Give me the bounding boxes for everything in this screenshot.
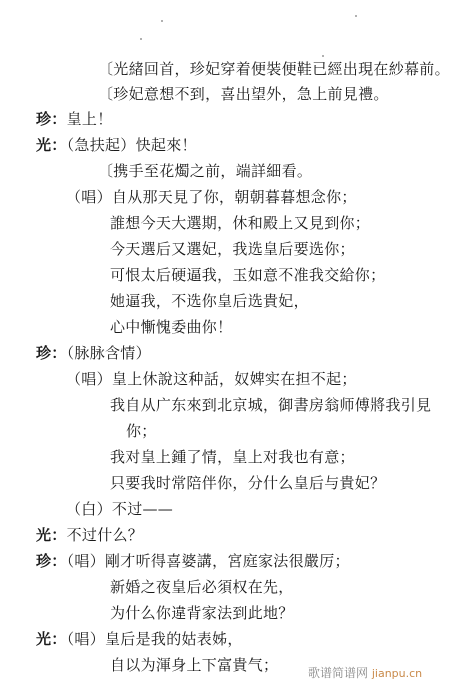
- line-text: 你；: [126, 422, 157, 440]
- line-text: 我对皇上鍾了情，皇上对我也有意；: [110, 448, 355, 466]
- line-text: （脉脉含情）: [67, 344, 151, 362]
- line-text: 〔光緒回首，珍妃穿着便裝便鞋已經出現在紗幕前。: [98, 60, 450, 78]
- scan-speck: [161, 20, 163, 22]
- lyric-line: （唱）自从那天見了你，朝朝暮暮想念你；: [66, 188, 357, 206]
- lyric-line: 为什么你違背家法到此地？: [110, 604, 294, 622]
- speaker-label: 珍：: [36, 344, 67, 362]
- scan-speck: [322, 55, 324, 57]
- lyric-line: 今天選后又選妃，我选皇后要选你；: [110, 240, 355, 258]
- line-text: 不过什么？: [67, 526, 144, 544]
- speaker-label: 光：: [36, 630, 67, 648]
- line-text: 今天選后又選妃，我选皇后要选你；: [110, 240, 355, 258]
- lyric-line: 只要我时常陪伴你，分什么皇后与貴妃？: [110, 474, 385, 492]
- dialogue-line: 珍：皇上！: [36, 110, 113, 128]
- lyric-line: 我自从广东來到北京城，御書房翁师傅將我引見: [110, 396, 431, 414]
- line-text: （白）不过——: [66, 500, 173, 518]
- lyric-line: 你；: [126, 422, 157, 440]
- line-text: （唱）皇后是我的姑表姊，: [67, 630, 243, 648]
- line-text: 为什么你違背家法到此地？: [110, 604, 294, 622]
- line-text: 心中慚愧委曲你！: [110, 318, 232, 336]
- dialogue-line: 珍：（唱）剛才听得喜婆講，宮庭家法很嚴厉；: [36, 552, 350, 570]
- dialogue-line: 光：（急扶起）快起來！: [36, 136, 197, 154]
- line-text: 〔携手至花燭之前，端詳細看。: [98, 162, 312, 180]
- line-text: 自以为渾身上下富貴气；: [110, 656, 278, 674]
- line-text: 〔珍妃意想不到，喜出望外，急上前見禮。: [98, 85, 389, 103]
- scan-speck: [355, 15, 357, 17]
- watermark-url: jianpu.cn: [372, 667, 422, 680]
- line-text: 我自从广东來到北京城，御書房翁师傅將我引見: [110, 396, 431, 414]
- line-text: （急扶起）快起來！: [67, 136, 197, 154]
- scan-speck: [140, 38, 142, 40]
- lyric-line: 自以为渾身上下富貴气；: [110, 656, 278, 674]
- line-text: 新婚之夜皇后必須权在先，: [110, 578, 294, 596]
- lyric-line: 可恨太后硬逼我，玉如意不准我交給你；: [110, 266, 385, 284]
- dialogue-line: 珍：（脉脉含情）: [36, 344, 151, 362]
- line-text: 她逼我，不选你皇后选貴妃，: [110, 292, 309, 310]
- line-text: （唱）自从那天見了你，朝朝暮暮想念你；: [66, 188, 357, 206]
- line-text: 皇上！: [67, 110, 113, 128]
- dialogue-line: 光：（唱）皇后是我的姑表姊，: [36, 630, 243, 648]
- line-text: （唱）皇上休說这种話，奴婢实在担不起；: [66, 370, 357, 388]
- lyric-line: 心中慚愧委曲你！: [110, 318, 232, 336]
- speaker-label: 珍：: [36, 552, 67, 570]
- line-text: （唱）剛才听得喜婆講，宮庭家法很嚴厉；: [67, 552, 350, 570]
- watermark-site-name: 歌谱简谱网: [308, 666, 368, 680]
- lyric-line: 她逼我，不选你皇后选貴妃，: [110, 292, 309, 310]
- lyric-line: 新婚之夜皇后必須权在先，: [110, 578, 294, 596]
- watermark: 歌谱简谱网 jianpu.cn: [308, 664, 422, 681]
- line-text: 可恨太后硬逼我，玉如意不准我交給你；: [110, 266, 385, 284]
- lyric-line: （白）不过——: [66, 500, 173, 518]
- lyric-line: 誰想今天大選期，休和殿上又見到你；: [110, 214, 370, 232]
- speaker-label: 光：: [36, 526, 67, 544]
- stage-direction: 〔携手至花燭之前，端詳細看。: [98, 162, 312, 180]
- line-text: 誰想今天大選期，休和殿上又見到你；: [110, 214, 370, 232]
- dialogue-line: 光：不过什么？: [36, 526, 143, 544]
- lyric-line: 我对皇上鍾了情，皇上对我也有意；: [110, 448, 355, 466]
- stage-direction: 〔光緒回首，珍妃穿着便裝便鞋已經出現在紗幕前。: [98, 60, 450, 78]
- speaker-label: 光：: [36, 136, 67, 154]
- lyric-line: （唱）皇上休說这种話，奴婢实在担不起；: [66, 370, 357, 388]
- speaker-label: 珍：: [36, 110, 67, 128]
- stage-direction: 〔珍妃意想不到，喜出望外，急上前見禮。: [98, 85, 389, 103]
- line-text: 只要我时常陪伴你，分什么皇后与貴妃？: [110, 474, 385, 492]
- document-page: 〔光緒回首，珍妃穿着便裝便鞋已經出現在紗幕前。〔珍妃意想不到，喜出望外，急上前見…: [0, 0, 458, 690]
